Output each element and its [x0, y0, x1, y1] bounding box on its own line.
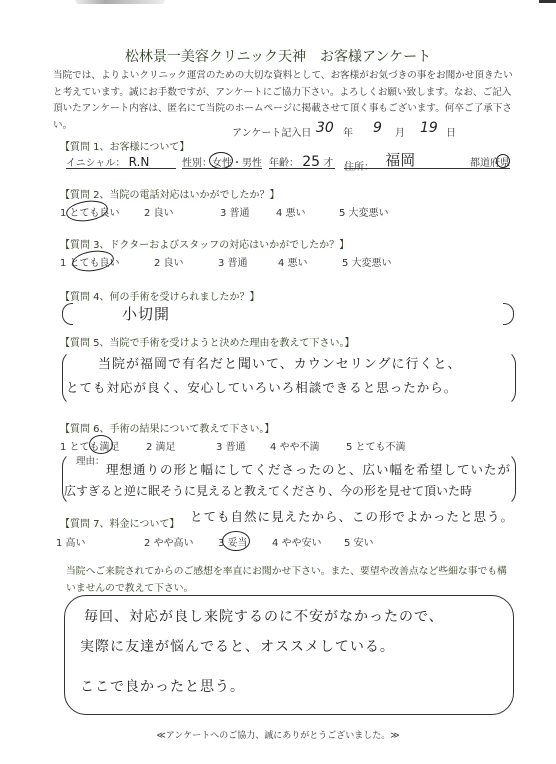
- q6-reason-line-1: 理想通りの形と幅にしてくださったのと、広い幅を希望していたが: [106, 460, 511, 478]
- address-value: 福岡: [385, 151, 415, 169]
- initial-field[interactable]: イニシャル： R.N: [66, 154, 176, 169]
- q6-reason-line-3: とても自然に見えたから、この形でよかったと思う。: [190, 507, 514, 525]
- q3-option-2[interactable]: 2 良い: [154, 254, 184, 269]
- feedback-prompt: 当院へご来院されてからのご感想を率直にお聞かせ下さい。また、要望や改善点など些細…: [66, 563, 516, 597]
- q7-heading: 【質問 7、料金について】: [60, 515, 179, 530]
- q6-heading: 【質問 6、手術の結果について教えて下さい。】: [60, 420, 274, 435]
- q2-option-5[interactable]: 5 大変悪い: [339, 204, 389, 219]
- q2-options: 1 とても良い 2 良い 3 普通 4 悪い 5 大変悪い: [60, 204, 510, 218]
- q4-bracket-right: [503, 303, 514, 325]
- age-unit: 才: [323, 158, 333, 169]
- q3-heading: 【質問 3、ドクターおよびスタッフの対応はいかがでしたか？】: [60, 236, 349, 251]
- q7-option-5[interactable]: 5 安い: [344, 534, 374, 549]
- address-label: 住所：: [344, 162, 374, 173]
- date-year[interactable]: 30: [316, 120, 334, 136]
- q6-option-2[interactable]: 2 満足: [146, 438, 176, 453]
- age-field[interactable]: 年齢： 25 才: [269, 154, 335, 169]
- q2-option-3[interactable]: 3 普通: [220, 204, 250, 219]
- gender-label: 性別：: [182, 158, 212, 169]
- prefecture-selected-circle: [496, 154, 510, 168]
- q5-answer-line-2: とても対応が良く、安心していろいろ相談できると思ったから。: [66, 378, 457, 396]
- initial-value: R.N: [129, 155, 150, 169]
- scan-corner-mark: [539, 0, 556, 3]
- q3-option-3[interactable]: 3 普通: [218, 254, 248, 269]
- q2-option-4[interactable]: 4 悪い: [276, 204, 306, 219]
- q2-option-2[interactable]: 2 良い: [144, 204, 174, 219]
- date-label: アンケート記入日: [232, 124, 311, 139]
- q6-options: 1 とても満足 2 満足 3 普通 4 やや不満 5 とても不満: [60, 438, 510, 452]
- scan-smudge: [75, 0, 165, 4]
- page-title: 松林景一美容クリニック天神 お客様アンケート: [0, 46, 556, 66]
- date-month[interactable]: 9: [373, 120, 382, 136]
- date-month-unit: 月: [395, 124, 405, 139]
- q3-option-5[interactable]: 5 大変悪い: [342, 254, 392, 269]
- q6-option-3[interactable]: 3 普通: [216, 438, 246, 453]
- q5-answer-line-1: 当院が福岡で有名だと聞いて、カウンセリングに行くと、: [98, 353, 461, 372]
- q2-selected-circle: [65, 198, 109, 224]
- feedback-line-3: ここで良かったと思う。: [80, 676, 245, 696]
- age-value: 25: [302, 154, 320, 170]
- q3-selected-circle: [71, 248, 115, 274]
- q6-option-4[interactable]: 4 やや不満: [270, 438, 320, 453]
- age-label: 年齢：: [269, 158, 299, 169]
- q6-reason-line-2: 広すぎると逆に眠そうに見えると教えてくださり、今の形を見せて頂いた時: [64, 482, 472, 499]
- q4-answer[interactable]: 小切開: [122, 303, 170, 324]
- q7-option-4[interactable]: 4 やや安い: [272, 534, 322, 549]
- q3-options: 1 とても良い 2 良い 3 普通 4 悪い 5 大変悪い: [60, 254, 510, 268]
- q6-reason-label: 理由：: [76, 453, 105, 467]
- q6-option-5[interactable]: 5 とても不満: [346, 438, 406, 453]
- date-day[interactable]: 19: [420, 120, 438, 136]
- q7-option-2[interactable]: 2 やや高い: [144, 534, 194, 549]
- initial-label: イニシャル：: [66, 158, 125, 169]
- address-field[interactable]: 住所： 福岡: [344, 154, 454, 169]
- q3-option-4[interactable]: 4 悪い: [278, 254, 308, 269]
- feedback-line-1: 毎回、対応が良し来院するのに不安がなかったので、: [84, 606, 444, 626]
- date-year-unit: 年: [343, 124, 353, 139]
- q7-options: 1 高い 2 やや高い 3 妥当 4 やや安い 5 安い: [56, 534, 506, 548]
- q4-heading: 【質問 4、何の手術を受けられましたか？】: [60, 288, 260, 303]
- q5-heading: 【質問 5、当院で手術を受けようと決めた理由を教えて下さい。】: [60, 334, 355, 349]
- q7-selected-circle: [222, 531, 250, 551]
- q4-bracket-left: [62, 303, 73, 325]
- date-day-unit: 日: [446, 124, 456, 139]
- feedback-line-2: 実際に友達が悩んでると、オススメしている。: [80, 636, 395, 656]
- q1-heading: 【質問 1、お客様について】: [60, 138, 189, 153]
- q7-option-1[interactable]: 1 高い: [56, 534, 86, 549]
- gender-selected-circle: [209, 152, 233, 169]
- q2-heading: 【質問 2、当院の電話対応はいかがでしたか？】: [60, 186, 280, 201]
- footer-thanks: ≪アンケートへのご協力、誠にありがとうございました。≫: [0, 728, 556, 741]
